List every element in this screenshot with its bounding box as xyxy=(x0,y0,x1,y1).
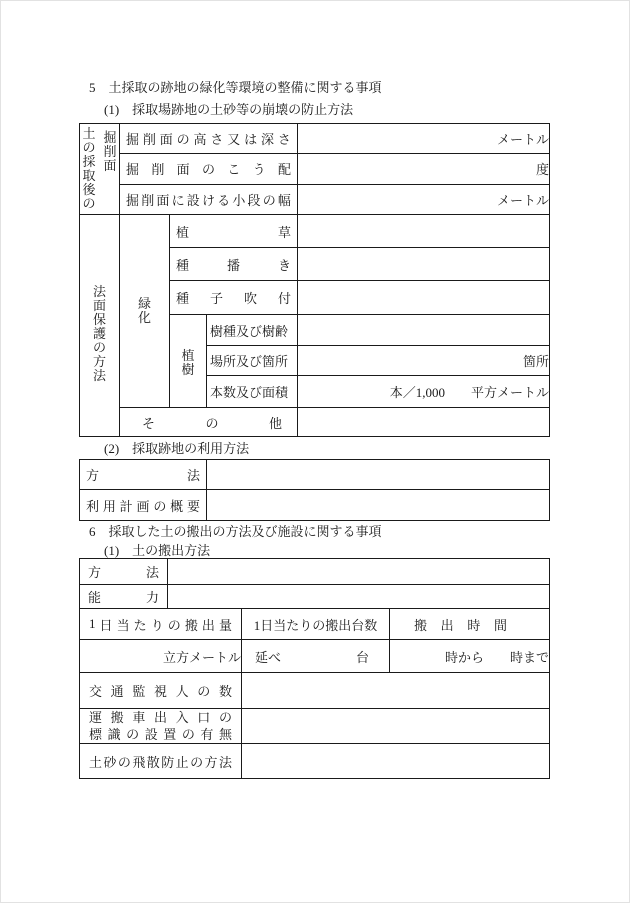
hauling-table: 方法 能力 1日当たりの搬出量 1日当たりの搬出台数 搬出時間 立方メートル 延… xyxy=(79,558,550,779)
value-cell xyxy=(298,248,550,281)
label-cell: 掘削面の高さ又は深さ xyxy=(120,124,298,154)
table-row: 能力 xyxy=(80,585,550,609)
trips-prefix: 延べ xyxy=(255,647,281,666)
face-gradient-label: 掘削面のこう配 xyxy=(120,159,297,178)
dust-prevention-label: 土砂の飛散防止の方法 xyxy=(80,752,241,771)
tree-count-area-label: 本数及び面積 xyxy=(207,382,297,401)
slope-protection-header-cell: 法面保護の方法 xyxy=(80,215,120,437)
seed-sowing-label: 種播き xyxy=(170,255,297,274)
daily-volume-unit-cell: 立方メートル xyxy=(80,640,242,673)
value-cell: メートル xyxy=(298,124,550,154)
label-cell: 掘削面のこう配 xyxy=(120,154,298,184)
label-cell: 方法 xyxy=(80,460,207,490)
face-height-label: 掘削面の高さ又は深さ xyxy=(120,129,297,148)
value-cell xyxy=(242,744,550,779)
tree-location-label: 場所及び箇所 xyxy=(207,351,297,370)
table-row: 利用計画の概要 xyxy=(80,490,550,521)
label-cell: 本数及び面積 xyxy=(207,376,298,408)
hauling-method-label: 方法 xyxy=(80,562,167,581)
label-cell: 場所及び箇所 xyxy=(207,346,298,376)
table-row: 立方メートル 延べ 台 時から 時まで xyxy=(80,640,550,673)
label-cell: 能力 xyxy=(80,585,168,609)
entrance-sign-label-line2: 標識の設置の有無 xyxy=(80,726,241,743)
form-page: 5 土採取の跡地の緑化等環境の整備に関する事項 (1) 採取場跡地の土砂等の崩壊… xyxy=(0,0,630,903)
value-cell: メートル xyxy=(298,184,550,214)
table-row: 方法 xyxy=(80,460,550,490)
value-cell xyxy=(242,709,550,744)
label-cell: 利用計画の概要 xyxy=(80,490,207,521)
entrance-sign-label-line1: 運搬車出入口の xyxy=(80,709,241,726)
section-5-2-heading: (2) 採取跡地の利用方法 xyxy=(104,441,249,457)
other-label: その他 xyxy=(120,413,297,432)
table-row: その他 xyxy=(80,408,550,437)
value-cell xyxy=(168,559,550,585)
section-5-heading: 5 土採取の跡地の緑化等環境の整備に関する事項 xyxy=(89,80,382,96)
table-row: 土砂の飛散防止の方法 xyxy=(80,744,550,779)
table-row: 土の採取後の 掘削面 掘削面の高さ又は深さ メートル xyxy=(80,124,550,154)
value-cell xyxy=(207,490,550,521)
value-cell: 箇所 xyxy=(298,346,550,376)
landuse-method-label: 方法 xyxy=(80,465,206,484)
tree-planting-header: 植樹 xyxy=(170,332,206,390)
hauling-hours-value-cell: 時から 時まで xyxy=(390,640,550,673)
label-cell: 土砂の飛散防止の方法 xyxy=(80,744,242,779)
table-row: 1日当たりの搬出量 1日当たりの搬出台数 搬出時間 xyxy=(80,609,550,640)
excavation-face-header-cell: 土の採取後の 掘削面 xyxy=(80,124,120,215)
value-cell xyxy=(168,585,550,609)
table-row: 交通監視人の数 xyxy=(80,673,550,709)
value-cell xyxy=(298,315,550,346)
landuse-plan-label: 利用計画の概要 xyxy=(80,496,206,515)
collapse-prevention-table: 土の採取後の 掘削面 掘削面の高さ又は深さ メートル 掘削面のこう配 度 掘削面… xyxy=(79,123,550,437)
excavation-face-header-sub: 掘削面 xyxy=(103,124,118,180)
section-5-1-heading: (1) 採取場跡地の土砂等の崩壊の防止方法 xyxy=(104,102,353,118)
excavation-face-header-main: 土の採取後の xyxy=(82,124,97,214)
label-cell: 方法 xyxy=(80,559,168,585)
value-cell xyxy=(207,460,550,490)
hauling-hours-label: 搬出時間 xyxy=(390,615,549,634)
label-cell: 1日当たりの搬出量 xyxy=(80,609,242,640)
value-cell: 度 xyxy=(298,154,550,184)
label-cell: 樹種及び樹齢 xyxy=(207,315,298,346)
daily-trips-cell: 延べ 台 xyxy=(242,640,390,673)
value-cell xyxy=(298,281,550,315)
traffic-monitor-label: 交通監視人の数 xyxy=(80,681,241,700)
excavation-face-header: 土の採取後の 掘削面 xyxy=(80,124,119,214)
table-row: 運搬車出入口の 標識の設置の有無 xyxy=(80,709,550,744)
label-cell: 種子吹付 xyxy=(170,281,298,315)
greening-header-cell: 緑化 xyxy=(120,215,170,408)
section-6-heading: 6 採取した土の搬出の方法及び施設に関する事項 xyxy=(89,524,382,540)
label-cell: 運搬車出入口の 標識の設置の有無 xyxy=(80,709,242,744)
hauling-capacity-label: 能力 xyxy=(80,587,167,606)
value-cell: 本／1,000 平方メートル xyxy=(298,376,550,408)
entrance-sign-label: 運搬車出入口の 標識の設置の有無 xyxy=(80,709,241,743)
tree-planting-header-cell: 植樹 xyxy=(170,315,207,408)
value-cell xyxy=(242,673,550,709)
berm-width-label: 掘削面に設ける小段の幅 xyxy=(120,190,297,209)
label-cell: その他 xyxy=(120,408,298,437)
table-row: 掘削面に設ける小段の幅 メートル xyxy=(80,184,550,214)
slope-protection-header: 法面保護の方法 xyxy=(80,253,119,399)
table-row: 掘削面のこう配 度 xyxy=(80,154,550,184)
label-cell: 掘削面に設ける小段の幅 xyxy=(120,184,298,214)
table-row: 法面保護の方法 緑化 植草 xyxy=(80,215,550,248)
trips-unit: 台 xyxy=(356,647,369,666)
greening-header: 緑化 xyxy=(120,276,169,346)
daily-trips-value: 延べ 台 xyxy=(242,647,389,666)
grass-planting-label: 植草 xyxy=(170,222,297,241)
table-row: 方法 xyxy=(80,559,550,585)
value-cell xyxy=(298,408,550,437)
value-cell xyxy=(298,215,550,248)
label-cell: 種播き xyxy=(170,248,298,281)
tree-species-label: 樹種及び樹齢 xyxy=(207,321,297,340)
daily-trips-label: 1日当たりの搬出台数 xyxy=(242,609,390,640)
label-cell: 植草 xyxy=(170,215,298,248)
land-use-table: 方法 利用計画の概要 xyxy=(79,459,550,521)
seed-spraying-label: 種子吹付 xyxy=(170,288,297,307)
section-6-1-heading: (1) 土の搬出方法 xyxy=(104,543,210,559)
label-cell: 搬出時間 xyxy=(390,609,550,640)
daily-volume-label: 1日当たりの搬出量 xyxy=(80,615,241,634)
label-cell: 交通監視人の数 xyxy=(80,673,242,709)
